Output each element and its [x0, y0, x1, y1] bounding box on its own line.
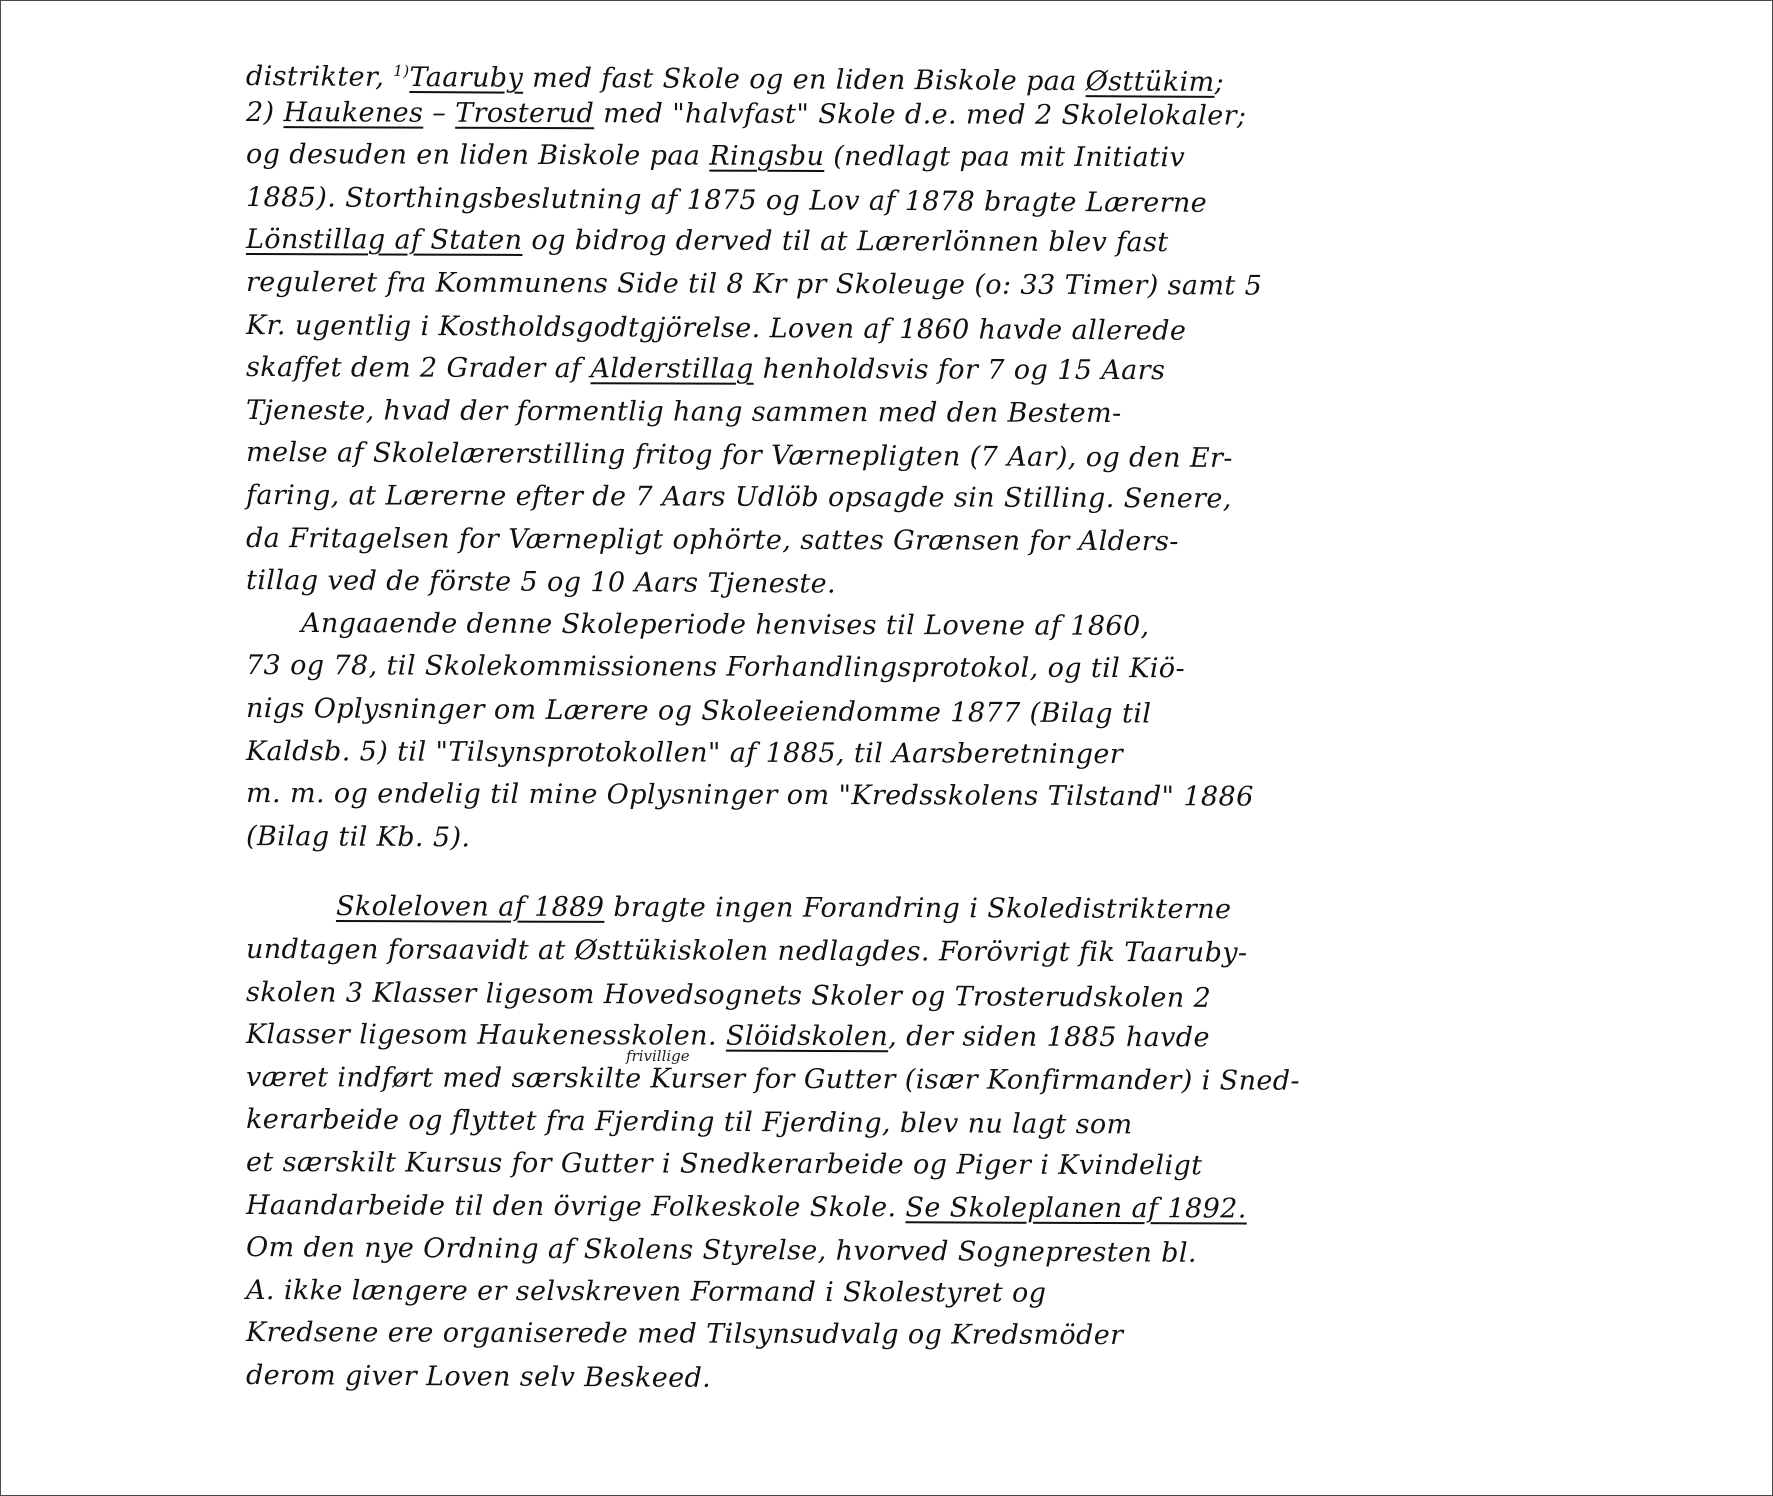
text-run: et særskilt Kursus for Gutter i Snedkera… — [246, 1147, 1203, 1181]
text-run: distrikter, — [246, 61, 393, 93]
manuscript-line: Kaldsb. 5) til "Tilsynsprotokollen" af 1… — [246, 735, 1123, 772]
text-run: med fast Skole og en liden Biskole paa — [523, 63, 1086, 97]
manuscript-line: (Bilag til Kb. 5). — [246, 820, 471, 855]
manuscript-line: et særskilt Kursus for Gutter i Snedkera… — [246, 1146, 1203, 1183]
text-run: 73 og 78, til Skolekommissionens Forhand… — [246, 650, 1185, 684]
text-run: været indført med særskilte Kurser for G… — [246, 1062, 1300, 1097]
text-run: skaffet dem 2 Grader af — [246, 352, 591, 384]
text-run: faring, at Lærerne efter de 7 Aars Udlöb… — [246, 480, 1232, 514]
text-run: Om den nye Ordning af Skolens Styrelse, … — [246, 1232, 1197, 1269]
text-run: (nedlagt paa mit Initiativ — [824, 141, 1185, 173]
manuscript-line: Klasser ligesom Haukenesskolen. Slöidsko… — [246, 1018, 1210, 1055]
manuscript-line: A. ikke længere er selvskreven Formand i… — [246, 1274, 1046, 1311]
text-run: – — [423, 97, 455, 128]
text-run: 2) — [246, 97, 284, 128]
text-run: Kaldsb. 5) til "Tilsynsprotokollen" af 1… — [246, 736, 1123, 770]
page-frame: distrikter, 1)Taaruby med fast Skole og … — [0, 0, 1773, 1496]
underlined-term: Ringsbu — [709, 141, 824, 172]
manuscript-line: kerarbeide og flyttet fra Fjerding til F… — [246, 1103, 1133, 1142]
underlined-term: Østtükim — [1086, 66, 1215, 98]
manuscript-line: derom giver Loven selv Beskeed. — [246, 1359, 711, 1396]
text-run: reguleret fra Kommunens Side til 8 Kr pr… — [246, 267, 1262, 302]
manuscript-line: undtagen forsaavidt at Østtükiskolen ned… — [246, 933, 1248, 970]
text-run: , der siden 1885 havde — [888, 1021, 1210, 1053]
manuscript-line: været indført med særskilte Kurser for G… — [246, 1061, 1300, 1099]
manuscript-line: 1885). Storthingsbeslutning af 1875 og L… — [246, 181, 1207, 221]
manuscript-line: Tjeneste, hvad der formentlig hang samme… — [246, 394, 1122, 431]
manuscript-line: skaffet dem 2 Grader af Alderstillag hen… — [246, 351, 1165, 388]
text-run: 1) — [393, 62, 409, 80]
manuscript-line: 2) Haukenes – Trosterud med "halvfast" S… — [246, 96, 1247, 133]
text-run: melse af Skolelærerstilling fritog for V… — [246, 437, 1233, 474]
text-run: kerarbeide og flyttet fra Fjerding til F… — [246, 1104, 1133, 1140]
manuscript-line: da Fritagelsen for Værnepligt ophörte, s… — [246, 522, 1179, 559]
manuscript-line: skolen 3 Klasser ligesom Hovedsognets Sk… — [246, 976, 1211, 1016]
text-run: Haandarbeide til den övrige Folkeskole S… — [246, 1190, 906, 1223]
manuscript-line: 73 og 78, til Skolekommissionens Forhand… — [246, 649, 1185, 686]
text-run: tillag ved de förste 5 og 10 Aars Tjenes… — [246, 565, 836, 600]
manuscript-line: Lönstillag af Staten og bidrog derved ti… — [246, 223, 1169, 260]
manuscript-line: Angaaende denne Skoleperiode henvises ti… — [301, 607, 1150, 644]
text-run: Tjeneste, hvad der formentlig hang samme… — [246, 395, 1122, 429]
text-run: undtagen forsaavidt at Østtükiskolen ned… — [246, 934, 1248, 968]
text-run: og desuden en liden Biskole paa — [246, 139, 709, 172]
underlined-term: Skoleloven af 1889 — [336, 891, 605, 923]
manuscript-line: faring, at Lærerne efter de 7 Aars Udlöb… — [246, 479, 1232, 516]
manuscript-line: melse af Skolelærerstilling fritog for V… — [246, 436, 1233, 476]
manuscript-line: nigs Oplysninger om Lærere og Skoleeiend… — [246, 692, 1152, 732]
underlined-term: Slöidskolen — [726, 1021, 888, 1053]
manuscript-line: Om den nye Ordning af Skolens Styrelse, … — [246, 1231, 1197, 1271]
manuscript-line: reguleret fra Kommunens Side til 8 Kr pr… — [246, 266, 1262, 304]
text-run: m. m. og endelig til mine Oplysninger om… — [246, 778, 1254, 813]
underlined-term: Se Skoleplanen af 1892. — [905, 1192, 1246, 1224]
underlined-term: Trosterud — [455, 97, 594, 128]
underlined-term: Lönstillag af Staten — [246, 224, 523, 256]
manuscript-line: distrikter, 1)Taaruby med fast Skole og … — [246, 53, 1224, 100]
manuscript-line: Haandarbeide til den övrige Folkeskole S… — [246, 1189, 1247, 1226]
text-run: Angaaende denne Skoleperiode henvises ti… — [301, 608, 1150, 642]
manuscript-line: Kr. ugentlig i Kostholdsgodtgjörelse. Lo… — [246, 309, 1186, 349]
text-run: Kr. ugentlig i Kostholdsgodtgjörelse. Lo… — [246, 310, 1186, 347]
text-run: da Fritagelsen for Værnepligt ophörte, s… — [246, 523, 1179, 557]
text-run: derom giver Loven selv Beskeed. — [246, 1360, 711, 1394]
text-run: (Bilag til Kb. 5). — [246, 821, 471, 853]
text-run: og bidrog derved til at Lærerlönnen blev… — [522, 225, 1168, 258]
text-run: Kredsene ere organiserede med Tilsynsudv… — [246, 1317, 1124, 1351]
text-run: med "halvfast" Skole d.e. med 2 Skolelok… — [594, 98, 1246, 131]
text-run: skolen 3 Klasser ligesom Hovedsognets Sk… — [246, 977, 1211, 1014]
manuscript-line: Skoleloven af 1889 bragte ingen Forandri… — [336, 890, 1232, 927]
text-run: ; — [1214, 67, 1224, 98]
manuscript-line: Kredsene ere organiserede med Tilsynsudv… — [246, 1316, 1124, 1353]
manuscript-line: m. m. og endelig til mine Oplysninger om… — [246, 777, 1254, 815]
manuscript-line: og desuden en liden Biskole paa Ringsbu … — [246, 138, 1185, 175]
underlined-term: Taaruby — [409, 62, 523, 94]
text-run: 1885). Storthingsbeslutning af 1875 og L… — [246, 182, 1207, 219]
text-run: henholdsvis for 7 og 15 Aars — [754, 354, 1166, 386]
text-run: A. ikke længere er selvskreven Formand i… — [246, 1275, 1046, 1309]
underlined-term: Haukenes — [283, 97, 423, 128]
text-run: nigs Oplysninger om Lærere og Skoleeiend… — [246, 693, 1152, 730]
manuscript-line: tillag ved de förste 5 og 10 Aars Tjenes… — [246, 564, 836, 602]
underlined-term: Alderstillag — [590, 353, 753, 385]
text-run: bragte ingen Forandring i Skoledistrikte… — [604, 892, 1231, 925]
interlinear-insertion: frivillige — [626, 1047, 690, 1065]
